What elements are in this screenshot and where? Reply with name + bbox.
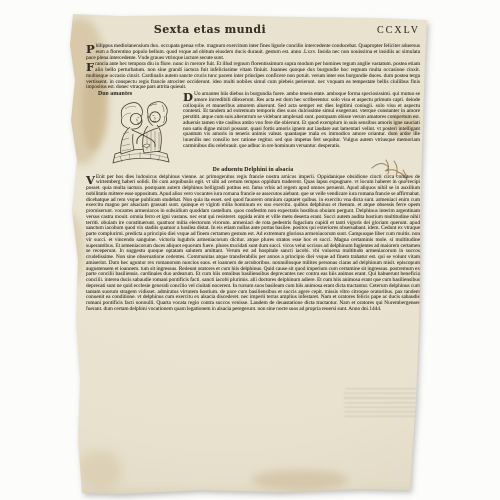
paragraph-duo-amantes: Duo amantes <box>86 92 420 150</box>
paragraph-delphinus: VEnit per hos dies ludouicus delphinus v… <box>86 175 420 313</box>
scan-background: Sexta etas mundi CCXLV Philippus mediola… <box>0 0 500 500</box>
paragraph-text: Uo amantes hiis diebus in burgundia fuer… <box>183 91 420 149</box>
paragraph-text: Enit per hos dies ludouicus delphinus vi… <box>86 174 420 312</box>
paragraph-text: rancia ante hec tempora diu in flore. nu… <box>86 61 420 90</box>
stain-bottom-left-corner <box>78 450 122 490</box>
drop-cap-p: P <box>86 44 96 54</box>
paragraph-text: hilippus mediolanensium dux. occupata ge… <box>86 43 420 61</box>
drop-cap-d: D <box>183 92 194 102</box>
drop-cap-f: F <box>86 62 95 72</box>
page-title: Sexta etas mundi <box>128 27 292 33</box>
paper-sheet-shadow: Sexta etas mundi CCXLV Philippus mediola… <box>0 0 500 500</box>
stain-left-edge-middle <box>58 214 84 286</box>
text-block: Sexta etas mundi CCXLV Philippus mediola… <box>86 27 420 314</box>
folio-number: CCXLV <box>377 28 420 34</box>
verso-text-show-through <box>344 388 418 418</box>
woodcut-figure: Duo amantes <box>86 92 178 166</box>
paragraph-francia: Francia ante hec tempora diu in flore. n… <box>86 62 420 91</box>
page-header: Sexta etas mundi CCXLV <box>86 27 420 44</box>
drop-cap-v: V <box>86 175 96 185</box>
stain-bottom-edge <box>252 470 348 490</box>
paper-sheet: Sexta etas mundi CCXLV Philippus mediola… <box>0 0 500 500</box>
two-lovers-woodcut <box>110 98 172 166</box>
paragraph-philippus: Philippus mediolanensium dux. occupata g… <box>86 44 420 61</box>
